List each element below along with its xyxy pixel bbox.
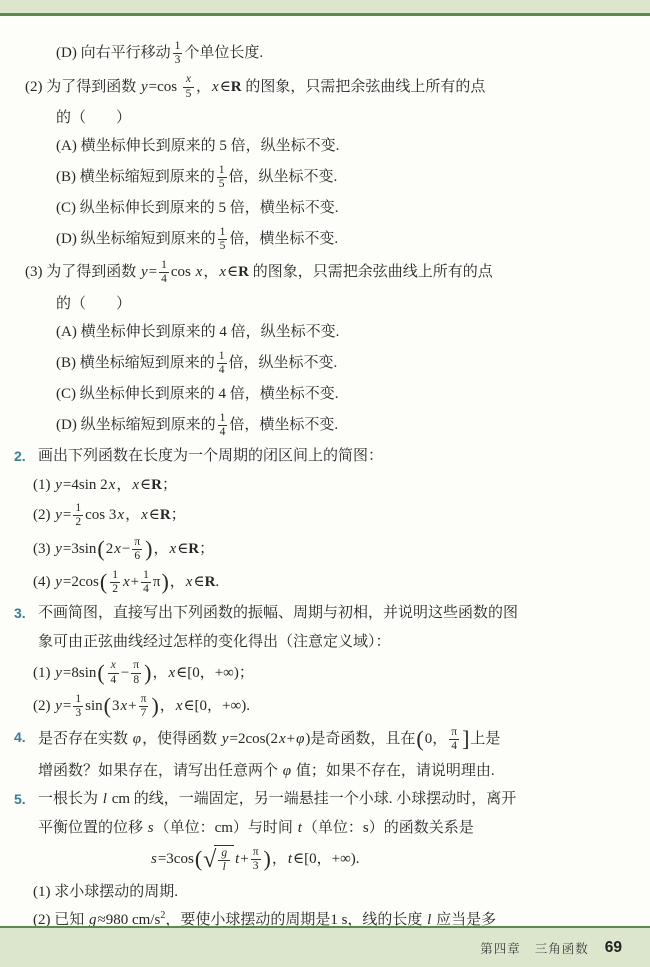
math-variable: x bbox=[122, 574, 131, 590]
big-delimiter: ) bbox=[150, 693, 159, 718]
numerator: 1 bbox=[218, 226, 228, 240]
denominator: 4 bbox=[218, 426, 228, 439]
question-number: 2. bbox=[14, 445, 26, 467]
question-line: 3.不画简图，直接写出下列函数的振幅、周期与初相，并说明这些函数的图 bbox=[38, 602, 624, 625]
numerator: x bbox=[183, 73, 194, 87]
text-line: (2) y=12cos 3x，x∈R； bbox=[33, 502, 624, 529]
fraction: π4 bbox=[449, 726, 459, 753]
denominator: 2 bbox=[73, 516, 83, 529]
math-variable: x bbox=[119, 698, 128, 714]
text-line: (D) 向右平行移动13个单位长度. bbox=[56, 40, 624, 67]
line-text: (A) 横坐标伸长到原来的 4 倍，纵坐标不变. bbox=[56, 324, 339, 340]
math-variable: y bbox=[140, 264, 149, 280]
math-variable: x bbox=[116, 507, 125, 523]
numerator: π bbox=[251, 846, 261, 860]
textbook-page: { "page": { "colors": { "band": "#dbe6cd… bbox=[0, 0, 650, 967]
fraction: x5 bbox=[183, 73, 194, 100]
text-line: (B) 横坐标缩短到原来的14倍，纵坐标不变. bbox=[56, 350, 624, 377]
denominator: l bbox=[220, 861, 229, 874]
math-variable: l bbox=[222, 861, 227, 873]
denominator: 5 bbox=[217, 178, 227, 191]
numerator: 1 bbox=[218, 412, 228, 426]
text-line: 的（ ） bbox=[56, 293, 624, 316]
denominator: 4 bbox=[159, 273, 169, 286]
line-text: (B) 横坐标缩短到原来的14倍，纵坐标不变. bbox=[56, 355, 337, 371]
text-line: (1) 求小球摆动的周期. bbox=[33, 881, 624, 904]
math-variable: y bbox=[54, 665, 63, 681]
text-line: (A) 横坐标伸长到原来的 4 倍，纵坐标不变. bbox=[56, 321, 624, 344]
fraction: π6 bbox=[132, 536, 142, 563]
line-text: (D) 向右平行移动13个单位长度. bbox=[56, 45, 263, 61]
numerator: π bbox=[139, 693, 149, 707]
math-variable: x bbox=[195, 264, 204, 280]
denominator: 7 bbox=[139, 707, 149, 720]
math-variable: t bbox=[297, 820, 303, 836]
numerator: π bbox=[449, 726, 459, 740]
line-text: (4) y=2cos(12x+14π)，x∈R. bbox=[33, 574, 219, 590]
denominator: 4 bbox=[449, 740, 459, 753]
superscript: 2 bbox=[160, 910, 165, 921]
line-text: (2) y=12cos 3x，x∈R； bbox=[33, 507, 186, 523]
text-line: (2) 为了得到函数 y=cos x5，x∈R 的图象，只需把余弦曲线上所有的点 bbox=[25, 73, 624, 100]
page-content: (D) 向右平行移动13个单位长度.(2) 为了得到函数 y=cos x5，x∈… bbox=[0, 16, 650, 932]
line-text: (1) 求小球摆动的周期. bbox=[33, 884, 178, 900]
numerator: x bbox=[108, 659, 119, 673]
fraction: x4 bbox=[108, 659, 119, 686]
big-delimiter: ( bbox=[194, 846, 203, 871]
text-line: (D) 纵坐标缩短到原来的14倍，横坐标不变. bbox=[56, 412, 624, 439]
numerator: 1 bbox=[73, 693, 83, 707]
line-text: (3) y=3sin(2x−π6)，x∈R； bbox=[33, 541, 214, 557]
text-line: (D) 纵坐标缩短到原来的15倍，横坐标不变. bbox=[56, 226, 624, 253]
page-footer: 第四章 三角函数 69 bbox=[0, 926, 650, 967]
line-text: (B) 横坐标缩短到原来的15倍，纵坐标不变. bbox=[56, 169, 337, 185]
numerator: 1 bbox=[159, 259, 169, 273]
footer-chapter: 第四章 bbox=[480, 939, 521, 957]
question-line: 5.一根长为 l cm 的线，一端固定，另一端悬挂一个小球. 小球摆动时，离开 bbox=[38, 788, 624, 811]
math-variable: x bbox=[218, 264, 227, 280]
numerator: 1 bbox=[217, 164, 227, 178]
line-text: 的（ ） bbox=[56, 110, 131, 126]
fraction: gl bbox=[218, 847, 230, 874]
denominator: 2 bbox=[110, 583, 120, 596]
denominator: 8 bbox=[131, 674, 141, 687]
numerator: 1 bbox=[173, 40, 183, 54]
line-text: 画出下列函数在长度为一个周期的闭区间上的简图： bbox=[38, 448, 383, 464]
fraction: 13 bbox=[173, 40, 183, 67]
math-variable: s bbox=[150, 851, 158, 867]
math-variable: y bbox=[54, 477, 63, 493]
math-variable: x bbox=[110, 659, 117, 671]
big-delimiter: ( bbox=[99, 569, 108, 594]
bold-symbol: R bbox=[151, 477, 162, 493]
text-line: (C) 纵坐标伸长到原来的 5 倍，横坐标不变. bbox=[56, 197, 624, 220]
text-line: 象可由正弦曲线经过怎样的变化得出（注意定义域）： bbox=[38, 631, 624, 654]
line-text: (C) 纵坐标伸长到原来的 4 倍，横坐标不变. bbox=[56, 386, 339, 402]
line-text: (D) 纵坐标缩短到原来的14倍，横坐标不变. bbox=[56, 417, 338, 433]
line-text: 平衡位置的位移 s（单位：cm）与时间 t（单位：s）的函数关系是 bbox=[38, 820, 474, 836]
question-number: 5. bbox=[14, 788, 26, 810]
math-variable: x bbox=[278, 731, 287, 747]
line-text: (1) y=4sin 2x，x∈R； bbox=[33, 477, 177, 493]
fraction: 13 bbox=[73, 693, 83, 720]
fraction: 15 bbox=[217, 164, 227, 191]
question-number: 3. bbox=[14, 602, 26, 624]
text-line: (1) y=8sin(x4−π8)，x∈[0，+∞)； bbox=[33, 659, 624, 686]
denominator: 4 bbox=[108, 674, 118, 687]
math-variable: x bbox=[185, 574, 194, 590]
denominator: 4 bbox=[141, 583, 151, 596]
denominator: 3 bbox=[173, 54, 183, 67]
text-line: s=3cos(√glt+π3)，t∈[0，+∞). bbox=[150, 845, 624, 874]
square-root: √gl bbox=[203, 845, 234, 874]
big-delimiter: ) bbox=[160, 569, 169, 594]
fraction: 14 bbox=[217, 350, 227, 377]
fraction: π8 bbox=[131, 659, 141, 686]
math-variable: t bbox=[234, 851, 240, 867]
fraction: 14 bbox=[218, 412, 228, 439]
math-variable: l bbox=[102, 791, 108, 807]
line-text: (A) 横坐标伸长到原来的 5 倍，纵坐标不变. bbox=[56, 138, 339, 154]
math-variable: x bbox=[169, 541, 178, 557]
denominator: 5 bbox=[218, 240, 228, 253]
big-delimiter: ) bbox=[143, 660, 152, 685]
line-text: (D) 纵坐标缩短到原来的15倍，横坐标不变. bbox=[56, 231, 338, 247]
math-variable: x bbox=[108, 477, 117, 493]
text-line: 增函数？如果存在，请写出任意两个 φ 值；如果不存在，请说明理由. bbox=[38, 760, 624, 783]
math-variable: x bbox=[113, 541, 122, 557]
radicand: gl bbox=[214, 845, 234, 874]
denominator: 3 bbox=[251, 860, 261, 873]
math-variable: x bbox=[211, 79, 220, 95]
fraction: 12 bbox=[110, 569, 120, 596]
text-line: (3) y=3sin(2x−π6)，x∈R； bbox=[33, 536, 624, 563]
text-line: (3) 为了得到函数 y=14cos x，x∈R 的图象，只需把余弦曲线上所有的… bbox=[25, 259, 624, 286]
header-band bbox=[0, 0, 650, 13]
big-delimiter: ] bbox=[461, 726, 470, 751]
footer-section: 三角函数 bbox=[535, 939, 589, 957]
bold-symbol: R bbox=[205, 574, 216, 590]
numerator: 1 bbox=[110, 569, 120, 583]
math-variable: y bbox=[54, 574, 63, 590]
bold-symbol: R bbox=[231, 79, 242, 95]
denominator: 6 bbox=[132, 550, 142, 563]
big-delimiter: ) bbox=[263, 846, 272, 871]
big-delimiter: ) bbox=[144, 536, 153, 561]
line-text: 的（ ） bbox=[56, 296, 131, 312]
text-line: (4) y=2cos(12x+14π)，x∈R. bbox=[33, 569, 624, 596]
math-variable: x bbox=[167, 665, 176, 681]
question-line: 2.画出下列函数在长度为一个周期的闭区间上的简图： bbox=[38, 445, 624, 468]
numerator: 1 bbox=[217, 350, 227, 364]
math-variable: t bbox=[287, 851, 293, 867]
line-text: 是否存在实数 φ，使得函数 y=2cos(2x+φ)是奇函数，且在(0，π4]上… bbox=[38, 731, 500, 747]
text-line: (B) 横坐标缩短到原来的15倍，纵坐标不变. bbox=[56, 164, 624, 191]
denominator: 5 bbox=[184, 88, 194, 101]
fraction: 15 bbox=[218, 226, 228, 253]
math-variable: x bbox=[140, 507, 149, 523]
footer-band: 第四章 三角函数 69 bbox=[0, 928, 650, 967]
numerator: 1 bbox=[141, 569, 151, 583]
question-number: 4. bbox=[14, 726, 26, 748]
text-line: (A) 横坐标伸长到原来的 5 倍，纵坐标不变. bbox=[56, 135, 624, 158]
denominator: 3 bbox=[73, 707, 83, 720]
big-delimiter: ( bbox=[96, 660, 105, 685]
big-delimiter: ( bbox=[415, 726, 424, 751]
math-variable: x bbox=[185, 73, 192, 85]
math-variable: φ bbox=[132, 731, 142, 747]
fraction: π7 bbox=[139, 693, 149, 720]
fraction: 14 bbox=[159, 259, 169, 286]
math-variable: y bbox=[54, 698, 63, 714]
line-text: (2) 为了得到函数 y=cos x5，x∈R 的图象，只需把余弦曲线上所有的点 bbox=[25, 79, 485, 95]
line-text: s=3cos(√glt+π3)，t∈[0，+∞). bbox=[150, 851, 360, 867]
big-delimiter: ( bbox=[96, 536, 105, 561]
math-variable: x bbox=[131, 477, 140, 493]
math-variable: y bbox=[221, 731, 230, 747]
bold-symbol: R bbox=[188, 541, 199, 557]
math-variable: y bbox=[54, 507, 63, 523]
text-line: 平衡位置的位移 s（单位：cm）与时间 t（单位：s）的函数关系是 bbox=[38, 817, 624, 840]
math-variable: s bbox=[147, 820, 155, 836]
line-text: (3) 为了得到函数 y=14cos x，x∈R 的图象，只需把余弦曲线上所有的… bbox=[25, 264, 493, 280]
text-line: (C) 纵坐标伸长到原来的 4 倍，横坐标不变. bbox=[56, 383, 624, 406]
math-variable: φ bbox=[295, 731, 305, 747]
numerator: π bbox=[131, 659, 141, 673]
footer-page-number: 69 bbox=[605, 939, 622, 957]
line-text: (1) y=8sin(x4−π8)，x∈[0，+∞)； bbox=[33, 665, 254, 681]
numerator: π bbox=[132, 536, 142, 550]
big-delimiter: ( bbox=[103, 693, 112, 718]
line-text: (C) 纵坐标伸长到原来的 5 倍，横坐标不变. bbox=[56, 200, 339, 216]
numerator: 1 bbox=[73, 502, 83, 516]
line-text: 增函数？如果存在，请写出任意两个 φ 值；如果不存在，请说明理由. bbox=[38, 763, 495, 779]
fraction: π3 bbox=[251, 846, 261, 873]
text-line: 的（ ） bbox=[56, 107, 624, 130]
math-variable: φ bbox=[282, 763, 292, 779]
text-line: (2) y=13sin(3x+π7)，x∈[0，+∞). bbox=[33, 693, 624, 720]
numerator: g bbox=[218, 847, 230, 861]
line-text: 不画简图，直接写出下列函数的振幅、周期与初相，并说明这些函数的图 bbox=[38, 605, 518, 621]
bold-symbol: R bbox=[238, 264, 249, 280]
line-text: 象可由正弦曲线经过怎样的变化得出（注意定义域）： bbox=[38, 634, 391, 650]
fraction: 12 bbox=[73, 502, 83, 529]
line-text: 一根长为 l cm 的线，一端固定，另一端悬挂一个小球. 小球摆动时，离开 bbox=[38, 791, 516, 807]
line-text: (2) y=13sin(3x+π7)，x∈[0，+∞). bbox=[33, 698, 250, 714]
math-variable: x bbox=[175, 698, 184, 714]
denominator: 4 bbox=[217, 364, 227, 377]
question-line: 4.是否存在实数 φ，使得函数 y=2cos(2x+φ)是奇函数，且在(0，π4… bbox=[38, 726, 624, 753]
text-line: (1) y=4sin 2x，x∈R； bbox=[33, 474, 624, 497]
bold-symbol: R bbox=[160, 507, 171, 523]
fraction: 14 bbox=[141, 569, 151, 596]
math-variable: g bbox=[220, 847, 228, 859]
math-variable: y bbox=[140, 79, 149, 95]
math-variable: y bbox=[54, 541, 63, 557]
